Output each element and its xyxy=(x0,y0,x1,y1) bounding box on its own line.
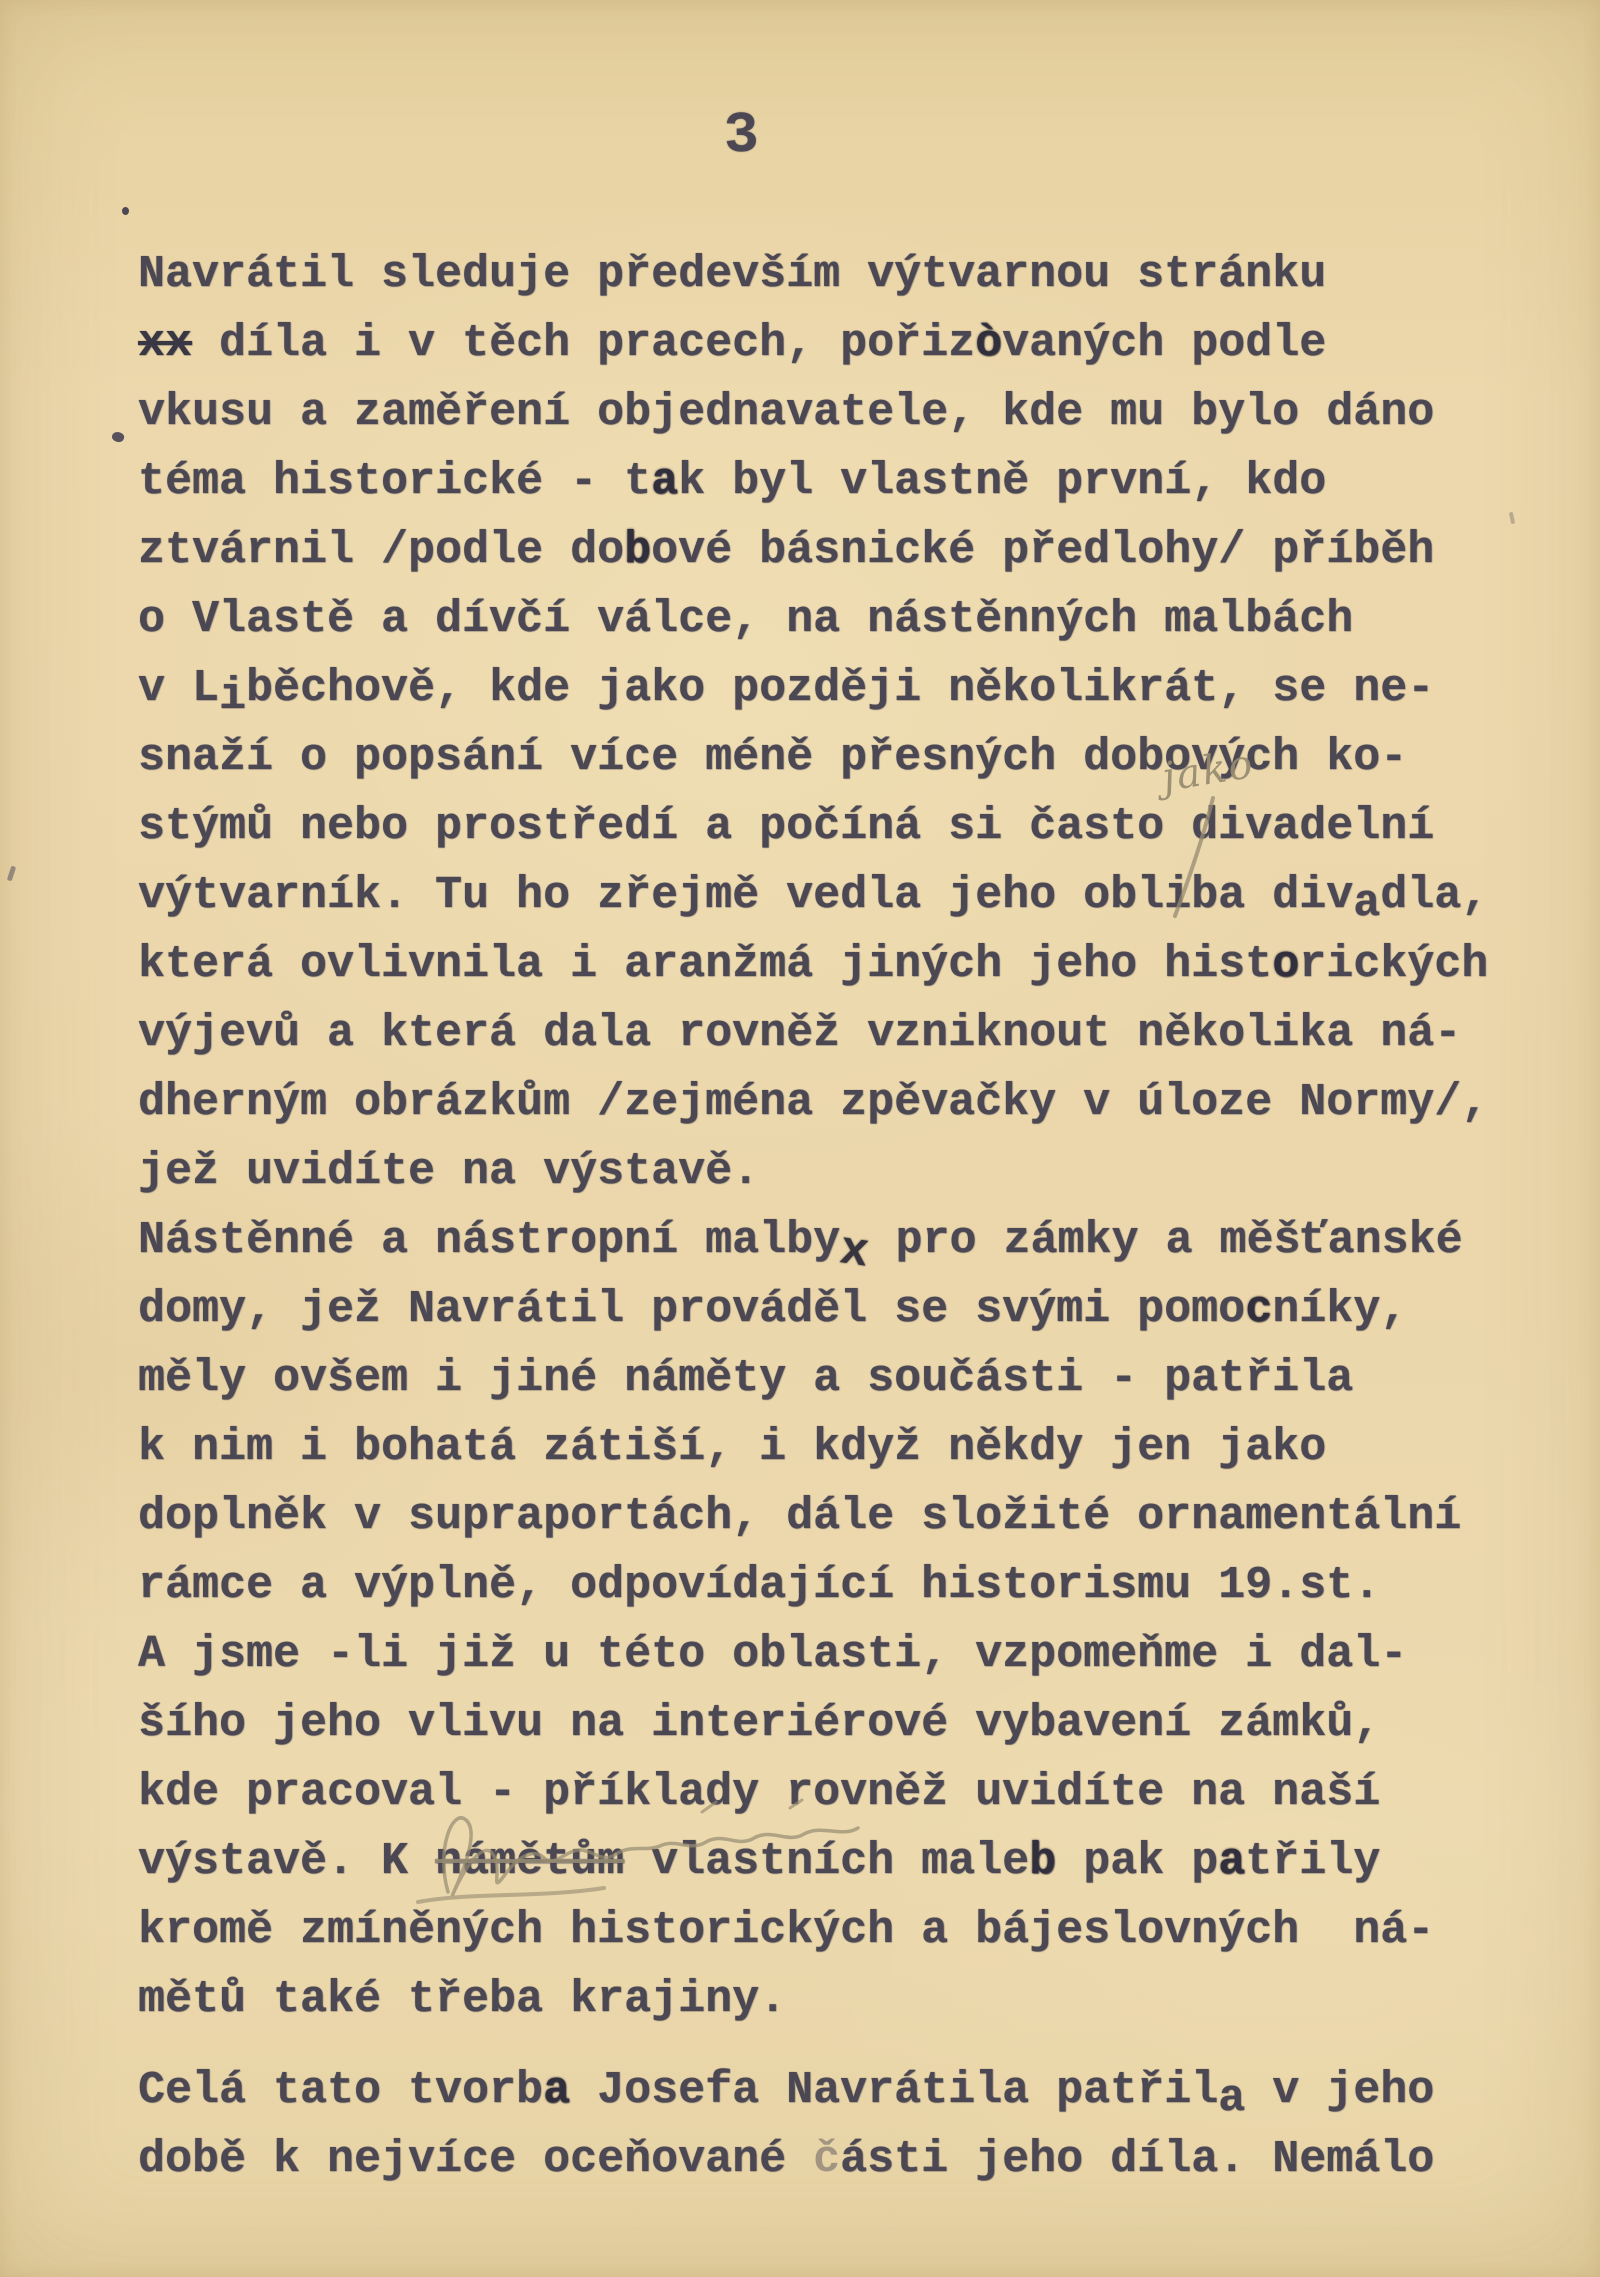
text-line: době k nejvíce oceňované části jeho díla… xyxy=(138,2125,1558,2194)
text-segment-sub: a xyxy=(1353,869,1380,938)
text-line: jež uvidíte na výstavě. xyxy=(138,1137,1558,1206)
text-segment-over: o xyxy=(1272,939,1299,990)
text-line: ztvárnil /podle dobové básnické předlohy… xyxy=(138,516,1558,585)
text-segment: pro zámky a měšťanské xyxy=(868,1215,1462,1266)
text-segment: vaných podle xyxy=(1002,318,1326,369)
text-segment: v L xyxy=(138,663,219,714)
text-segment: která ovlivnila i aranžmá jiných jeho hi… xyxy=(138,939,1272,990)
text-segment: výtvarník. Tu ho zřejmě vedla jeho oblib… xyxy=(138,870,1353,921)
text-segment: k byl vlastně první, kdo xyxy=(678,456,1326,507)
text-segment: době k nejvíce oceňované xyxy=(138,2134,813,2185)
text-segment: rámce a výplně, odpovídající historismu … xyxy=(138,1560,1380,1611)
text-line: téma historické - tak byl vlastně první,… xyxy=(138,447,1558,516)
text-line: rámce a výplně, odpovídající historismu … xyxy=(138,1551,1558,1620)
ink-speck xyxy=(122,207,129,215)
text-line: stýmů nebo prostředí a počíná si často d… xyxy=(138,792,1558,861)
text-segment: vlastních male xyxy=(624,1836,1029,1887)
text-segment-over: a xyxy=(543,2065,570,2116)
text-line: A jsme -li již u této oblasti, vzpomeňme… xyxy=(138,1620,1558,1689)
text-line: k nim i bohatá zátiší, i když někdy jen … xyxy=(138,1413,1558,1482)
text-segment-light: č xyxy=(813,2134,840,2185)
text-segment: kromě zmíněných historických a bájeslovn… xyxy=(138,1905,1434,1956)
text-segment-over: b xyxy=(624,525,651,576)
text-segment: ásti jeho díla. Nemálo xyxy=(840,2134,1434,2185)
typewritten-text: Navrátil sleduje především výtvarnou str… xyxy=(138,240,1558,2194)
text-segment-sub: a xyxy=(1218,2064,1245,2133)
text-segment: téma historické - t xyxy=(138,456,651,507)
text-segment: dla, xyxy=(1380,870,1488,921)
text-line: kde pracoval - příklady rovněž uvidíte n… xyxy=(138,1758,1558,1827)
ink-speck xyxy=(110,430,125,444)
text-segment: ztvárnil /podle do xyxy=(138,525,624,576)
text-segment: výjevů a která dala rovněž vzniknout něk… xyxy=(138,1008,1461,1059)
text-segment: dherným obrázkům /zejména zpěvačky v úlo… xyxy=(138,1077,1488,1128)
text-line: měly ovšem i jiné náměty a součásti - pa… xyxy=(138,1344,1558,1413)
text-line: mětů také třeba krajiny. xyxy=(138,1965,1558,2034)
text-segment-over: a xyxy=(651,456,678,507)
text-segment: k nim i bohatá zátiší, i když někdy jen … xyxy=(138,1422,1326,1473)
text-segment-pstrike: námětům xyxy=(435,1836,624,1887)
text-line: Nástěnné a nástropní malbyx pro zámky a … xyxy=(138,1206,1558,1275)
text-line: výjevů a která dala rovněž vzniknout něk… xyxy=(138,999,1558,1068)
text-segment-over: c xyxy=(1245,1284,1272,1335)
text-segment: o Vlastě a dívčí válce, na nástěnných ma… xyxy=(138,594,1353,645)
text-segment-over: a xyxy=(1218,1836,1245,1887)
text-line: v Liběchově, kde jako později několikrát… xyxy=(138,654,1558,723)
text-segment: šího jeho vlivu na interiérové vybavení … xyxy=(138,1698,1380,1749)
text-segment-xstrike: xx xyxy=(138,318,192,369)
text-segment: v jeho xyxy=(1245,2065,1434,2116)
text-line: snaží o popsání více méně přesných dobov… xyxy=(138,723,1558,792)
text-line: Celá tato tvorba Josefa Navrátila patřil… xyxy=(138,2056,1558,2125)
text-segment: kde pracoval - příklady rovněž uvidíte n… xyxy=(138,1767,1380,1818)
text-segment: měly ovšem i jiné náměty a součásti - pa… xyxy=(138,1353,1353,1404)
text-line: která ovlivnila i aranžmá jiných jeho hi… xyxy=(138,930,1558,999)
page-number: 3 xyxy=(723,103,760,169)
text-segment: domy, jež Navrátil prováděl se svými pom… xyxy=(138,1284,1245,1335)
text-segment: mětů také třeba krajiny. xyxy=(138,1974,786,2025)
text-line: xx díla i v těch pracech, pořizòvaných p… xyxy=(138,309,1558,378)
text-segment: Josefa Navrátila patřil xyxy=(570,2065,1218,2116)
text-segment: vkusu a zaměření objednavatele, kde mu b… xyxy=(138,387,1434,438)
text-line: vkusu a zaměření objednavatele, kde mu b… xyxy=(138,378,1558,447)
text-segment-sub: i xyxy=(219,662,246,731)
text-segment: díla i v těch pracech, pořiz xyxy=(192,318,975,369)
text-segment-over: ò xyxy=(975,318,1002,369)
text-segment-over: b xyxy=(1029,1836,1056,1887)
text-segment: pak p xyxy=(1056,1836,1218,1887)
text-line: šího jeho vlivu na interiérové vybavení … xyxy=(138,1689,1558,1758)
text-segment: Navrátil sleduje především výtvarnou str… xyxy=(138,249,1326,300)
text-segment: A jsme -li již u této oblasti, vzpomeňme… xyxy=(138,1629,1407,1680)
text-segment: ové básnické předlohy/ příběh xyxy=(651,525,1434,576)
text-segment: rických xyxy=(1299,939,1488,990)
text-segment: běchově, kde jako později několikrát, se… xyxy=(246,663,1434,714)
text-line: výstavě. K námětům vlastních maleb pak p… xyxy=(138,1827,1558,1896)
text-segment: níky, xyxy=(1272,1284,1407,1335)
text-line: doplněk v supraportách, dále složité orn… xyxy=(138,1482,1558,1551)
text-segment: Nástěnné a nástropní malby xyxy=(138,1215,840,1266)
text-segment: doplněk v supraportách, dále složité orn… xyxy=(138,1491,1461,1542)
text-segment: Celá tato tvorb xyxy=(138,2065,543,2116)
text-segment: stýmů nebo prostředí a počíná si často d… xyxy=(138,801,1434,852)
text-line: o Vlastě a dívčí válce, na nástěnných ma… xyxy=(138,585,1558,654)
text-segment: jež uvidíte na výstavě. xyxy=(138,1146,759,1197)
text-segment: výstavě. K xyxy=(138,1836,435,1887)
text-line: kromě zmíněných historických a bájeslovn… xyxy=(138,1896,1558,1965)
stray-mark xyxy=(7,866,16,882)
document-page: 3 Navrátil sleduje především výtvarnou s… xyxy=(0,0,1600,2277)
text-line: výtvarník. Tu ho zřejmě vedla jeho oblib… xyxy=(138,861,1558,930)
text-segment: třily xyxy=(1245,1836,1380,1887)
text-line: Navrátil sleduje především výtvarnou str… xyxy=(138,240,1558,309)
text-line: dherným obrázkům /zejména zpěvačky v úlo… xyxy=(138,1068,1558,1137)
